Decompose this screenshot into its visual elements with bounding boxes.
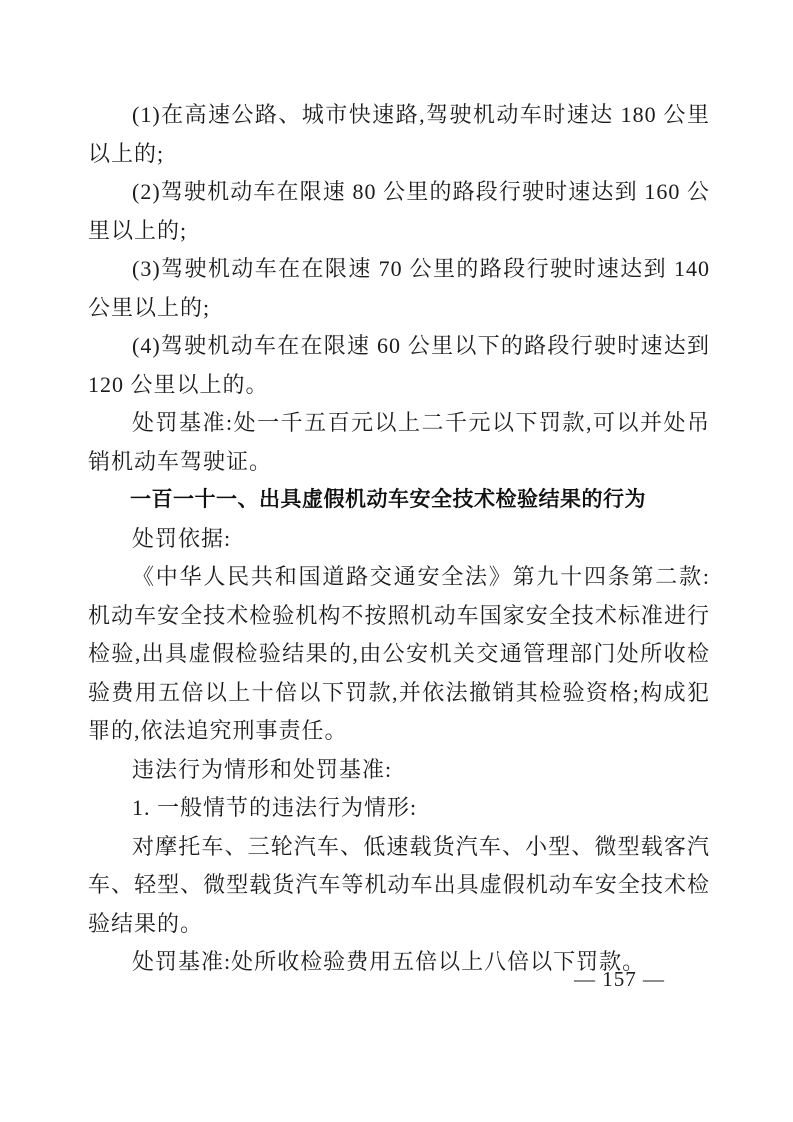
speeding-clause-3: (3)驾驶机动车在在限速 70 公里的路段行驶时速达到 140 公里以上的; xyxy=(88,250,710,327)
speeding-clause-4: (4)驾驶机动车在在限速 60 公里以下的路段行驶时速达到 120 公里以上的。 xyxy=(88,327,710,404)
document-body: (1)在高速公路、城市快速路,驾驶机动车时速达 180 公里以上的; (2)驾驶… xyxy=(88,96,710,982)
general-case-description: 对摩托车、三轮汽车、低速载货汽车、小型、微型载客汽车、轻型、微型载货汽车等机动车… xyxy=(88,828,710,944)
violation-penalty-label: 违法行为情形和处罚基准: xyxy=(88,751,710,790)
section-111-heading: 一百一十一、出具虚假机动车安全技术检验结果的行为 xyxy=(88,481,710,520)
legal-basis-paragraph: 《中华人民共和国道路交通安全法》第九十四条第二款:机动车安全技术检验机构不按照机… xyxy=(88,558,710,751)
general-case-label: 1. 一般情节的违法行为情形: xyxy=(88,789,710,828)
document-page: (1)在高速公路、城市快速路,驾驶机动车时速达 180 公里以上的; (2)驾驶… xyxy=(0,0,793,1122)
speeding-clause-1: (1)在高速公路、城市快速路,驾驶机动车时速达 180 公里以上的; xyxy=(88,96,710,173)
page-number: — 157 — xyxy=(574,966,665,992)
penalty-standard-speeding: 处罚基准:处一千五百元以上二千元以下罚款,可以并处吊销机动车驾驶证。 xyxy=(88,404,710,481)
penalty-basis-label: 处罚依据: xyxy=(88,520,710,559)
speeding-clause-2: (2)驾驶机动车在限速 80 公里的路段行驶时速达到 160 公里以上的; xyxy=(88,173,710,250)
